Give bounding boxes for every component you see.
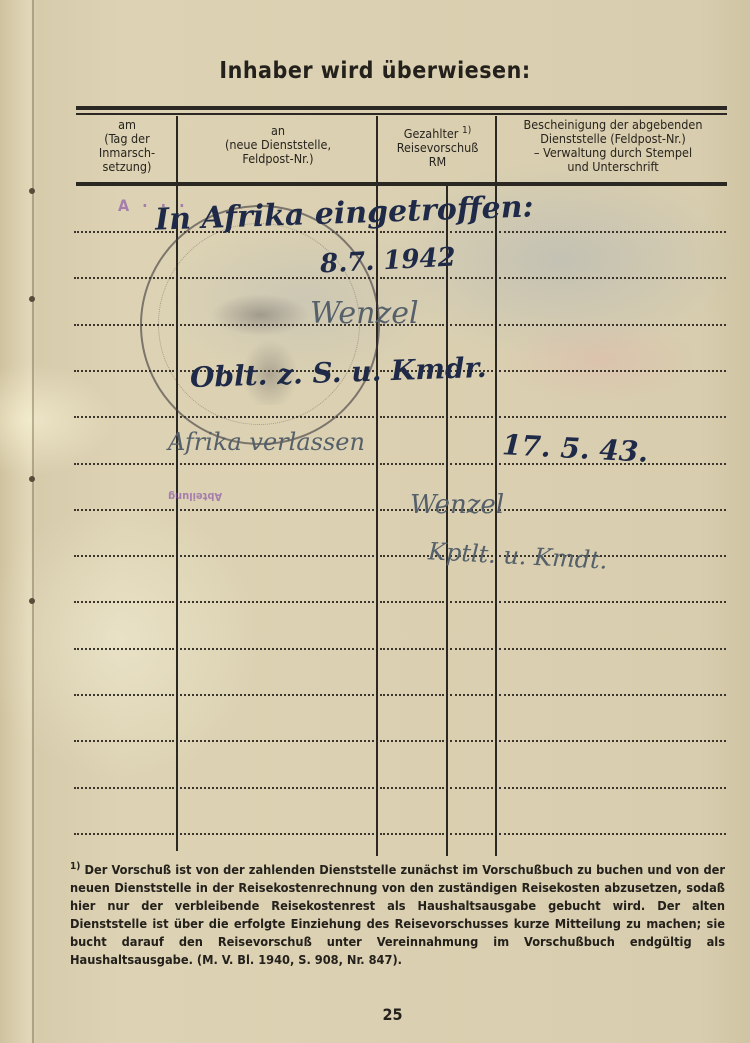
dotted-row-line [380, 740, 444, 742]
dotted-row-line [180, 463, 374, 465]
dotted-row-line [180, 555, 374, 557]
dotted-row-line [499, 694, 726, 696]
dotted-row-line [74, 416, 174, 418]
column-header-an: an (neue Dienststelle, Feldpost-Nr.) [180, 124, 376, 166]
dotted-row-line [450, 416, 493, 418]
dotted-row-line [499, 648, 726, 650]
dotted-row-line [499, 231, 726, 233]
dotted-row-line [450, 231, 493, 233]
binding-stitch [29, 188, 35, 194]
dotted-row-line [450, 324, 493, 326]
column-header-bescheinigung: Bescheinigung der abgebenden Dienststell… [498, 118, 728, 174]
dotted-row-line [380, 277, 444, 279]
dotted-row-line [499, 833, 726, 835]
dotted-row-line [450, 787, 493, 789]
dotted-row-line [380, 833, 444, 835]
dotted-row-line [74, 648, 174, 650]
dotted-row-line [499, 370, 726, 372]
dotted-row-line [74, 833, 174, 835]
page-number: 25 [0, 1005, 750, 1024]
dotted-row-line [74, 787, 174, 789]
dotted-row-line [499, 509, 726, 511]
dotted-row-line [180, 833, 374, 835]
binding-stitch [29, 476, 35, 482]
page-title: Inhaber wird überwiesen: [0, 58, 750, 84]
handwritten-date: 8.7. 1942 [319, 242, 456, 279]
handwritten-signature: Wenzel [410, 490, 504, 520]
dotted-row-line [74, 740, 174, 742]
dotted-row-line [180, 740, 374, 742]
dotted-row-line [380, 231, 444, 233]
dotted-row-line [74, 601, 174, 603]
dotted-row-line [380, 463, 444, 465]
dotted-row-line [180, 601, 374, 603]
dotted-row-line [180, 787, 374, 789]
handwritten-rank: Kptlt. u. Kmdt. [427, 537, 608, 574]
footnote: 1) Der Vorschuß ist von der zahlenden Di… [70, 858, 725, 969]
dotted-row-line [499, 601, 726, 603]
footnote-reference: 1) [462, 125, 471, 136]
dotted-row-line [499, 324, 726, 326]
footnote-text: Der Vorschuß ist von der zahlenden Diens… [70, 862, 725, 967]
dotted-row-line [499, 277, 726, 279]
dotted-row-line [450, 277, 493, 279]
dotted-row-line [74, 555, 174, 557]
dotted-row-line [450, 694, 493, 696]
header-top-rule [76, 106, 727, 110]
handwritten-entry: Afrika verlassen [168, 428, 365, 456]
dotted-row-line [450, 601, 493, 603]
page-gutter [32, 0, 34, 1043]
dotted-row-line [499, 416, 726, 418]
binding-stitch [29, 598, 35, 604]
dotted-row-line [380, 648, 444, 650]
binding-stitch [29, 296, 35, 302]
column-divider [495, 116, 497, 856]
dotted-row-line [499, 787, 726, 789]
dotted-row-line [450, 833, 493, 835]
footnote-marker: 1) [70, 861, 80, 872]
dotted-row-line [74, 463, 174, 465]
handwritten-signature: Wenzel [310, 296, 419, 331]
dotted-row-line [380, 601, 444, 603]
dotted-row-line [74, 509, 174, 511]
dotted-row-line [380, 787, 444, 789]
dotted-row-line [380, 694, 444, 696]
dotted-row-line [499, 740, 726, 742]
dotted-row-line [450, 648, 493, 650]
passbook-page: Inhaber wird überwiesen: am (Tag der Inm… [0, 0, 750, 1043]
dotted-row-line [74, 694, 174, 696]
header-bottom-rule [76, 182, 727, 186]
dotted-row-line [450, 740, 493, 742]
dotted-row-line [180, 648, 374, 650]
column-header-am: am (Tag der Inmarsch- setzung) [78, 118, 176, 174]
dotted-row-line [180, 509, 374, 511]
dotted-row-line [380, 416, 444, 418]
column-header-reisevorschuss: Gezahlter 1) Reisevorschuß RM [380, 124, 495, 169]
purple-unit-stamp: Abteilung [168, 490, 222, 503]
header-top-rule-thin [76, 113, 727, 115]
dotted-row-line [450, 463, 493, 465]
column-subdivider [446, 186, 448, 856]
dotted-row-line [180, 694, 374, 696]
